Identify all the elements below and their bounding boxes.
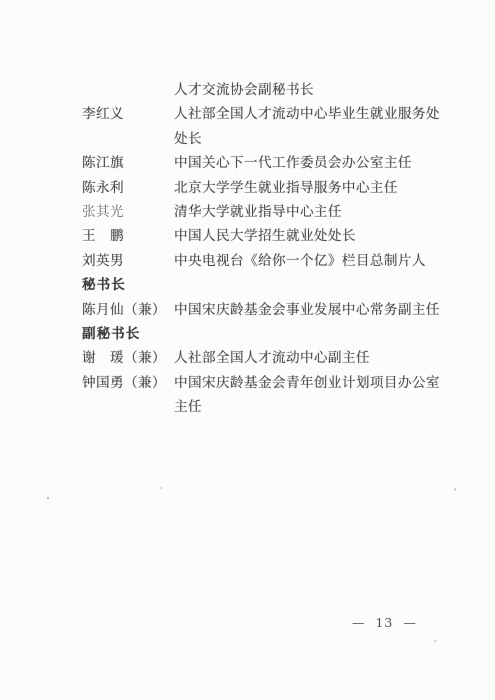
person-title: 中国人民大学招生就业处处长 bbox=[174, 227, 356, 245]
person-name: 陈永利 bbox=[82, 179, 124, 197]
person-title: 中央电视台《给你一个亿》栏目总制片人 bbox=[174, 252, 426, 270]
person-title: 处长 bbox=[174, 130, 202, 148]
person-title: 人社部全国人才流动中心毕业生就业服务处 bbox=[174, 105, 440, 123]
roster-row: 钟国勇（兼） 中国宋庆龄基金会青年创业计划项目办公室 bbox=[0, 374, 495, 398]
roster-row: 主任 bbox=[0, 398, 495, 422]
document-page: 人才交流协会副秘书长 李红义 人社部全国人才流动中心毕业生就业服务处 处长 陈江… bbox=[0, 0, 495, 700]
roster-row: 处长 bbox=[0, 130, 495, 154]
person-name: 张其光 bbox=[82, 203, 124, 221]
scan-speck bbox=[434, 640, 437, 642]
person-name: 刘英男 bbox=[82, 252, 124, 270]
person-title: 主任 bbox=[174, 398, 202, 416]
roster-row: 刘英男 中央电视台《给你一个亿》栏目总制片人 bbox=[0, 252, 495, 276]
section-heading-deputy-secretary-general: 副秘书长 bbox=[0, 325, 495, 349]
person-title: 中国宋庆龄基金会青年创业计划项目办公室 bbox=[174, 374, 440, 392]
person-title: 人社部全国人才流动中心副主任 bbox=[174, 349, 370, 367]
person-title: 中国宋庆龄基金会事业发展中心常务副主任 bbox=[174, 301, 440, 319]
roster-list: 人才交流协会副秘书长 李红义 人社部全国人才流动中心毕业生就业服务处 处长 陈江… bbox=[0, 81, 495, 422]
scan-speck bbox=[160, 487, 162, 489]
person-name: 李红义 bbox=[82, 105, 124, 123]
person-title: 北京大学学生就业指导服务中心主任 bbox=[174, 179, 398, 197]
roster-row: 张其光 清华大学就业指导中心主任 bbox=[0, 203, 495, 227]
roster-row: 李红义 人社部全国人才流动中心毕业生就业服务处 bbox=[0, 105, 495, 129]
person-name: 钟国勇（兼） bbox=[82, 374, 166, 392]
roster-row: 王 鹏 中国人民大学招生就业处处长 bbox=[0, 227, 495, 251]
section-heading-label: 秘书长 bbox=[82, 276, 126, 294]
roster-row: 陈江旗 中国关心下一代工作委员会办公室主任 bbox=[0, 154, 495, 178]
roster-row: 陈永利 北京大学学生就业指导服务中心主任 bbox=[0, 179, 495, 203]
person-title: 中国关心下一代工作委员会办公室主任 bbox=[174, 154, 412, 172]
scan-speck bbox=[47, 497, 49, 499]
person-name: 陈江旗 bbox=[82, 154, 124, 172]
person-title: 清华大学就业指导中心主任 bbox=[174, 203, 342, 221]
page-number: — 13 — bbox=[352, 615, 417, 630]
roster-row: 谢 瑗（兼） 人社部全国人才流动中心副主任 bbox=[0, 349, 495, 373]
roster-row: 人才交流协会副秘书长 bbox=[0, 81, 495, 105]
section-heading-secretary-general: 秘书长 bbox=[0, 276, 495, 300]
section-heading-label: 副秘书长 bbox=[82, 325, 140, 343]
person-title: 人才交流协会副秘书长 bbox=[174, 81, 314, 99]
person-name: 王 鹏 bbox=[82, 227, 124, 245]
roster-row: 陈月仙（兼） 中国宋庆龄基金会事业发展中心常务副主任 bbox=[0, 301, 495, 325]
scan-speck bbox=[454, 488, 456, 491]
person-name: 谢 瑗（兼） bbox=[82, 349, 166, 367]
person-name: 陈月仙（兼） bbox=[82, 301, 166, 319]
